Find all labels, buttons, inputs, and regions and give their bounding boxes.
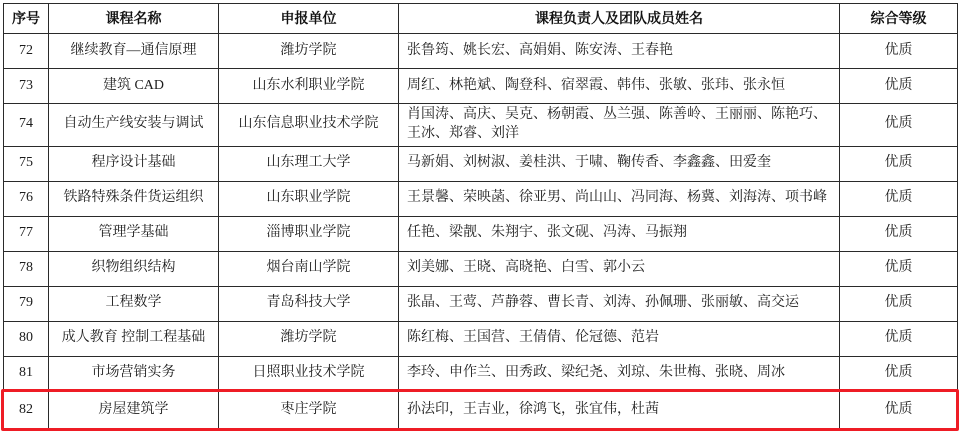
- cell-unit: 山东职业学院: [219, 181, 399, 216]
- table-body: 72 继续教育—通信原理 潍坊学院 张鲁筠、姚长宏、高娟娟、陈安涛、王春艳 优质…: [4, 34, 958, 430]
- table-row: 75 程序设计基础 山东理工大学 马新娟、刘树淑、姜桂洪、于啸、鞠传香、李鑫鑫、…: [4, 146, 958, 181]
- cell-grade: 优质: [840, 216, 958, 251]
- table-row: 81 市场营销实务 日照职业技术学院 李玲、申作兰、田秀政、梁纪尧、刘琼、朱世梅…: [4, 356, 958, 391]
- header-index: 序号: [4, 4, 49, 34]
- cell-course: 铁路特殊条件货运组织: [49, 181, 219, 216]
- cell-grade: 优质: [840, 251, 958, 286]
- cell-grade: 优质: [840, 321, 958, 356]
- table-row: 76 铁路特殊条件货运组织 山东职业学院 王景馨、荣映菡、徐亚男、尚山山、冯同海…: [4, 181, 958, 216]
- table-row: 79 工程数学 青岛科技大学 张晶、王莺、芦静蓉、曹长青、刘涛、孙佩珊、张丽敏、…: [4, 286, 958, 321]
- cell-course: 管理学基础: [49, 216, 219, 251]
- cell-index: 72: [4, 34, 49, 69]
- cell-course: 继续教育—通信原理: [49, 34, 219, 69]
- cell-unit: 潍坊学院: [219, 34, 399, 69]
- cell-index: 80: [4, 321, 49, 356]
- cell-members: 周红、林艳斌、陶登科、宿翠霞、韩伟、张敏、张玮、张永恒: [399, 69, 840, 104]
- header-members: 课程负责人及团队成员姓名: [399, 4, 840, 34]
- cell-members: 任艳、梁靓、朱翔宇、张文砚、冯涛、马振翔: [399, 216, 840, 251]
- cell-unit: 淄博职业学院: [219, 216, 399, 251]
- cell-index: 82: [4, 391, 49, 429]
- cell-index: 78: [4, 251, 49, 286]
- cell-grade: 优质: [840, 356, 958, 391]
- cell-index: 73: [4, 69, 49, 104]
- cell-course: 工程数学: [49, 286, 219, 321]
- cell-unit: 山东理工大学: [219, 146, 399, 181]
- table-header: 序号 课程名称 申报单位 课程负责人及团队成员姓名 综合等级: [4, 4, 958, 34]
- cell-members: 张鲁筠、姚长宏、高娟娟、陈安涛、王春艳: [399, 34, 840, 69]
- cell-members: 肖国涛、高庆、吴克、杨朝霞、丛兰强、陈善岭、王丽丽、陈艳巧、王冰、郑睿、刘洋: [399, 104, 840, 147]
- cell-unit: 山东信息职业技术学院: [219, 104, 399, 147]
- cell-course: 成人教育 控制工程基础: [49, 321, 219, 356]
- cell-members: 陈红梅、王国营、王倩倩、伦冠德、范岩: [399, 321, 840, 356]
- cell-grade: 优质: [840, 146, 958, 181]
- cell-members: 李玲、申作兰、田秀政、梁纪尧、刘琼、朱世梅、张晓、周冰: [399, 356, 840, 391]
- table-row: 77 管理学基础 淄博职业学院 任艳、梁靓、朱翔宇、张文砚、冯涛、马振翔 优质: [4, 216, 958, 251]
- cell-members: 马新娟、刘树淑、姜桂洪、于啸、鞠传香、李鑫鑫、田爱奎: [399, 146, 840, 181]
- cell-unit: 潍坊学院: [219, 321, 399, 356]
- course-table-container: 序号 课程名称 申报单位 课程负责人及团队成员姓名 综合等级 72 继续教育—通…: [3, 3, 957, 430]
- table-row: 73 建筑 CAD 山东水利职业学院 周红、林艳斌、陶登科、宿翠霞、韩伟、张敏、…: [4, 69, 958, 104]
- cell-grade: 优质: [840, 69, 958, 104]
- header-course-name: 课程名称: [49, 4, 219, 34]
- cell-course: 程序设计基础: [49, 146, 219, 181]
- cell-unit: 日照职业技术学院: [219, 356, 399, 391]
- cell-course: 市场营销实务: [49, 356, 219, 391]
- cell-index: 75: [4, 146, 49, 181]
- cell-unit: 枣庄学院: [219, 391, 399, 429]
- table-row: 80 成人教育 控制工程基础 潍坊学院 陈红梅、王国营、王倩倩、伦冠德、范岩 优…: [4, 321, 958, 356]
- cell-index: 81: [4, 356, 49, 391]
- cell-course: 自动生产线安装与调试: [49, 104, 219, 147]
- cell-members: 王景馨、荣映菡、徐亚男、尚山山、冯同海、杨冀、刘海涛、项书峰: [399, 181, 840, 216]
- cell-members: 刘美娜、王晓、高晓艳、白雪、郭小云: [399, 251, 840, 286]
- cell-index: 76: [4, 181, 49, 216]
- cell-grade: 优质: [840, 34, 958, 69]
- cell-unit: 烟台南山学院: [219, 251, 399, 286]
- header-grade: 综合等级: [840, 4, 958, 34]
- cell-members: 孙法印，王吉业，徐鸿飞，张宜伟，杜茜: [399, 391, 840, 429]
- header-row: 序号 课程名称 申报单位 课程负责人及团队成员姓名 综合等级: [4, 4, 958, 34]
- cell-index: 77: [4, 216, 49, 251]
- cell-grade: 优质: [840, 181, 958, 216]
- table-row: 72 继续教育—通信原理 潍坊学院 张鲁筠、姚长宏、高娟娟、陈安涛、王春艳 优质: [4, 34, 958, 69]
- header-unit: 申报单位: [219, 4, 399, 34]
- course-table: 序号 课程名称 申报单位 课程负责人及团队成员姓名 综合等级 72 继续教育—通…: [3, 3, 958, 430]
- cell-course: 织物组织结构: [49, 251, 219, 286]
- table-row: 78 织物组织结构 烟台南山学院 刘美娜、王晓、高晓艳、白雪、郭小云 优质: [4, 251, 958, 286]
- cell-unit: 青岛科技大学: [219, 286, 399, 321]
- cell-index: 79: [4, 286, 49, 321]
- cell-index: 74: [4, 104, 49, 147]
- table-row: 74 自动生产线安装与调试 山东信息职业技术学院 肖国涛、高庆、吴克、杨朝霞、丛…: [4, 104, 958, 147]
- table-row-highlighted: 82 房屋建筑学 枣庄学院 孙法印，王吉业，徐鸿飞，张宜伟，杜茜 优质: [4, 391, 958, 429]
- cell-course: 房屋建筑学: [49, 391, 219, 429]
- cell-grade: 优质: [840, 391, 958, 429]
- cell-grade: 优质: [840, 104, 958, 147]
- cell-members: 张晶、王莺、芦静蓉、曹长青、刘涛、孙佩珊、张丽敏、高交运: [399, 286, 840, 321]
- cell-course: 建筑 CAD: [49, 69, 219, 104]
- cell-unit: 山东水利职业学院: [219, 69, 399, 104]
- cell-grade: 优质: [840, 286, 958, 321]
